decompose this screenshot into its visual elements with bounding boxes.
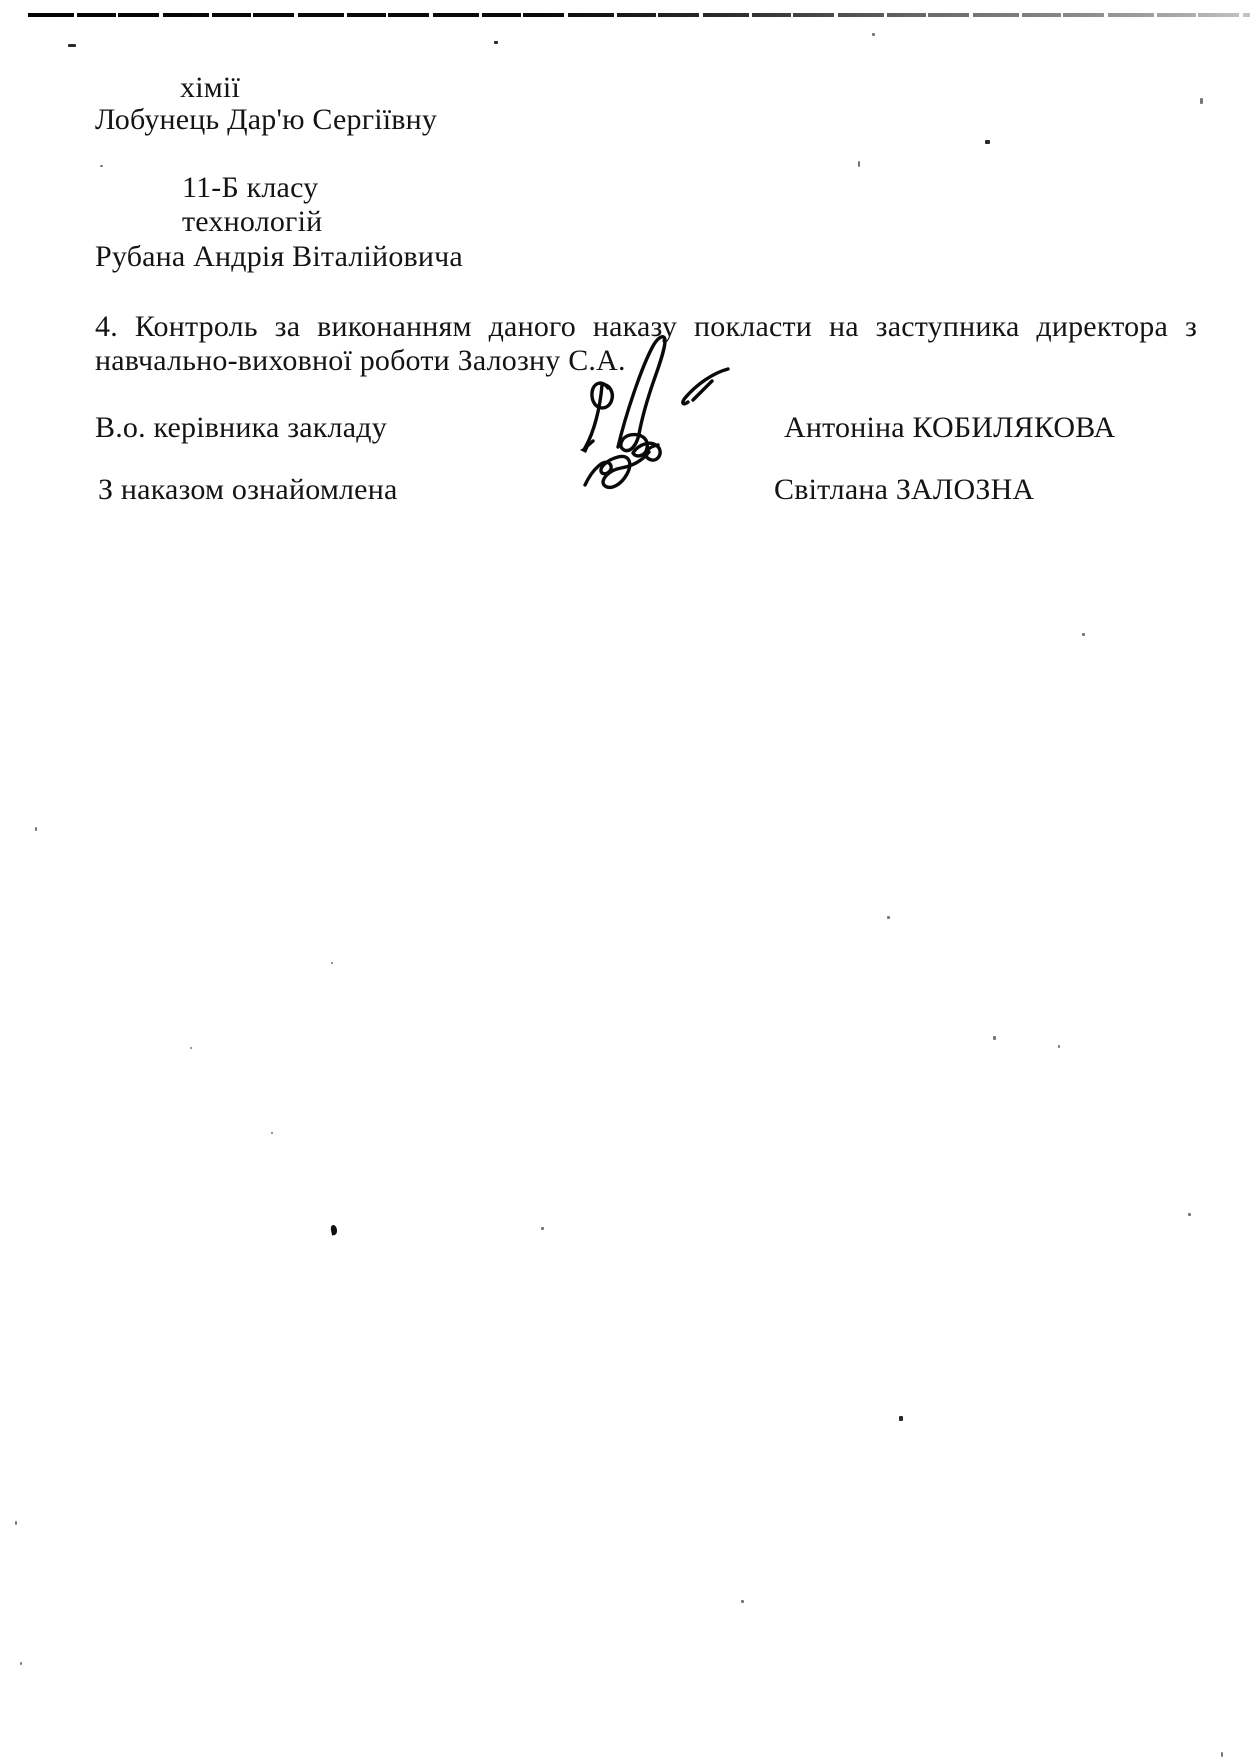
signoff-name-kobyliakova: Антоніна КОБИЛЯКОВА (784, 411, 1115, 445)
scan-top-edge-line (28, 13, 1250, 17)
scan-speck (858, 161, 860, 167)
scan-speck (15, 1521, 17, 1525)
signoff-label-acquainted: З наказом ознайомлена (98, 473, 397, 507)
scan-speck (741, 1600, 744, 1603)
item4-line2: навчально-виховної роботи Залозну С.А. (95, 343, 626, 378)
handwritten-signature-icon (565, 322, 735, 497)
scan-speck (271, 1132, 273, 1134)
scan-speck (899, 1416, 903, 1421)
scan-speck (872, 33, 875, 36)
scan-speck (1200, 98, 1203, 104)
scan-speck (20, 1662, 22, 1665)
signoff-label-acting-head: В.о. керівника закладу (95, 411, 387, 445)
scan-speck (1058, 1045, 1060, 1048)
signoff-name-zalozna: Світлана ЗАЛОЗНА (774, 473, 1034, 507)
recipient-name-lobunets: Лобунець Дар'ю Сергіївну (95, 103, 437, 137)
scan-speck (35, 827, 37, 831)
scan-speck (331, 962, 333, 964)
scan-speck (985, 140, 990, 144)
subject-line-chemistry: хімії (180, 71, 240, 105)
scan-speck (887, 916, 890, 919)
scan-speck (1082, 633, 1085, 636)
document-page: хімії Лобунець Дар'ю Сергіївну 11-Б клас… (0, 0, 1252, 1762)
scan-speck (100, 165, 103, 167)
recipient-name-ruban: Рубана Андрія Віталійовича (95, 240, 463, 274)
scan-speck (541, 1227, 544, 1230)
scan-speck (68, 44, 76, 47)
scan-speck (1221, 1752, 1223, 1757)
scan-comma-mark (330, 1224, 338, 1235)
scan-speck (494, 41, 498, 44)
scan-speck (1188, 1213, 1191, 1216)
scan-speck (993, 1036, 996, 1040)
scan-speck (190, 1047, 192, 1049)
subject-line-technology: технологій (182, 205, 322, 239)
class-line-11b: 11-Б класу (182, 171, 318, 205)
